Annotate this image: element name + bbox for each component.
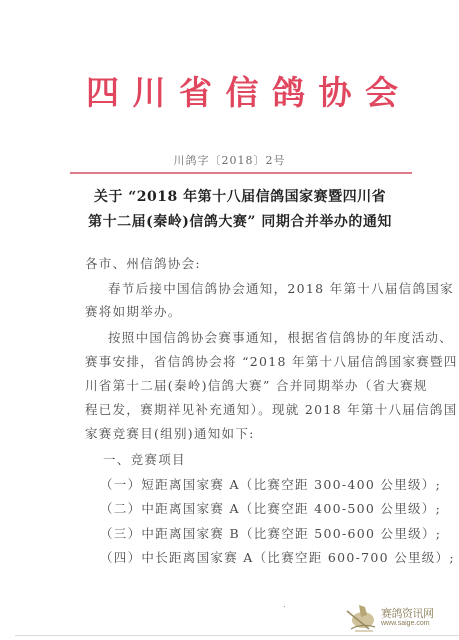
section-1-heading: 一、竞赛项目	[103, 450, 186, 468]
scan-speck	[284, 606, 285, 607]
paragraph-1-line-1: 春节后接中国信鸽协会通知，2018 年第十八届信鸽国家	[108, 279, 454, 297]
red-divider	[70, 172, 412, 174]
document-number: 川鸽字〔2018〕2号	[0, 152, 459, 168]
document-page: 四 川 省 信 鸽 协 会 川鸽字〔2018〕2号 关于 “2018 年第十八届…	[0, 0, 459, 640]
organization-letterhead: 四 川 省 信 鸽 协 会	[86, 70, 398, 114]
paragraph-2-line-5: 家赛竞赛目(组别)通知如下:	[85, 424, 255, 442]
letterhead-char: 鸽	[272, 76, 305, 109]
paragraph-2-line-1: 按照中国信鸽协会赛事通知，根据省信鸽协的年度活动、	[108, 328, 453, 346]
pigeon-logo-icon	[345, 601, 379, 633]
salutation: 各市、州信鸽协会:	[85, 254, 201, 272]
bottom-divider	[15, 635, 459, 636]
watermark-url: www.saige.com	[381, 620, 434, 627]
paragraph-2-line-3: 川省第十二届(秦岭)信鸽大赛” 合并同期举办（省大赛规	[85, 376, 428, 394]
notice-title-line-1: 关于 “2018 年第十八届信鸽国家赛暨四川省	[60, 186, 420, 206]
site-watermark: 赛鸽资讯网 www.saige.com	[345, 600, 457, 634]
watermark-name: 赛鸽资讯网	[381, 608, 434, 619]
section-1-item: （三）中距离国家赛 B（比赛空距 500-600 公里级）;	[100, 524, 441, 542]
section-1-item: （二）中距离国家赛 A（比赛空距 400-500 公里级）;	[100, 499, 441, 517]
letterhead-char: 信	[226, 76, 259, 109]
paragraph-2-line-2: 赛事安排，省信鸽协会将 “2018 年第十八届信鸽国家赛暨四	[85, 352, 458, 370]
letterhead-char: 川	[133, 76, 166, 109]
section-1-item: （一）短距离国家赛 A（比赛空距 300-400 公里级）;	[100, 475, 441, 493]
notice-title-line-2: 第十二届(秦岭)信鸽大赛” 同期合并举办的通知	[60, 211, 420, 231]
paragraph-2-line-4: 程已发，赛期祥见补充通知）。现就 2018 年第十八届信鸽国	[85, 400, 458, 418]
letterhead-char: 省	[179, 76, 212, 109]
letterhead-char: 四	[86, 76, 119, 109]
letterhead-char: 协	[319, 76, 352, 109]
paragraph-1-line-2: 赛将如期举办。	[85, 302, 182, 320]
section-1-item: （四）中长距离国家赛 A（比赛空距 600-700 公里级）;	[100, 548, 455, 566]
letterhead-char: 会	[365, 76, 398, 109]
